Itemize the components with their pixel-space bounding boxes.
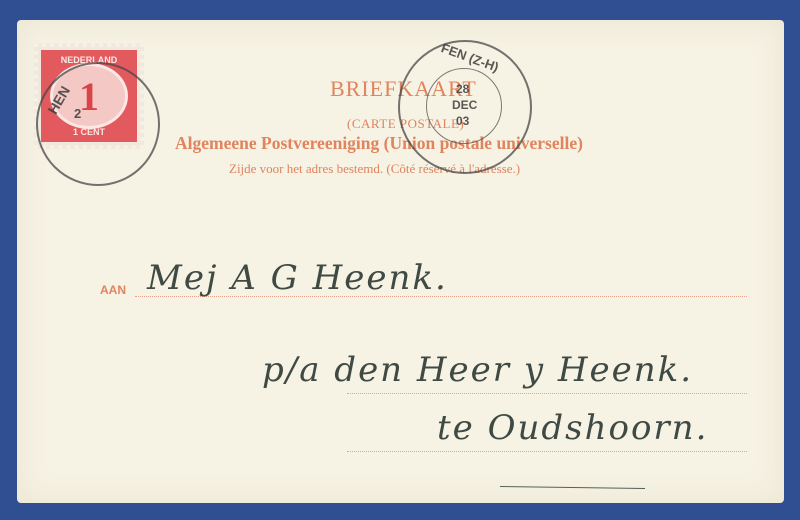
right-postmark: FEN (Z-H) 28 DEC 03	[398, 40, 532, 174]
handwritten-recipient: Mej A G Heenk.	[147, 258, 448, 298]
address-line-2	[347, 393, 747, 394]
right-postmark-month: DEC	[452, 98, 477, 112]
right-postmark-year: 03	[456, 114, 469, 128]
right-postmark-day: 28	[456, 82, 469, 96]
left-postmark: HEN 2	[36, 62, 160, 186]
address-line-3	[347, 451, 747, 452]
left-postmark-date: 2	[74, 106, 81, 121]
handwritten-underline	[500, 486, 645, 489]
aan-label: AAN	[100, 283, 126, 297]
handwritten-town: te Oudshoorn.	[437, 408, 708, 448]
left-postmark-place: HEN	[44, 83, 73, 117]
handwritten-care-of: p/a den Heer y Heenk.	[262, 350, 693, 390]
